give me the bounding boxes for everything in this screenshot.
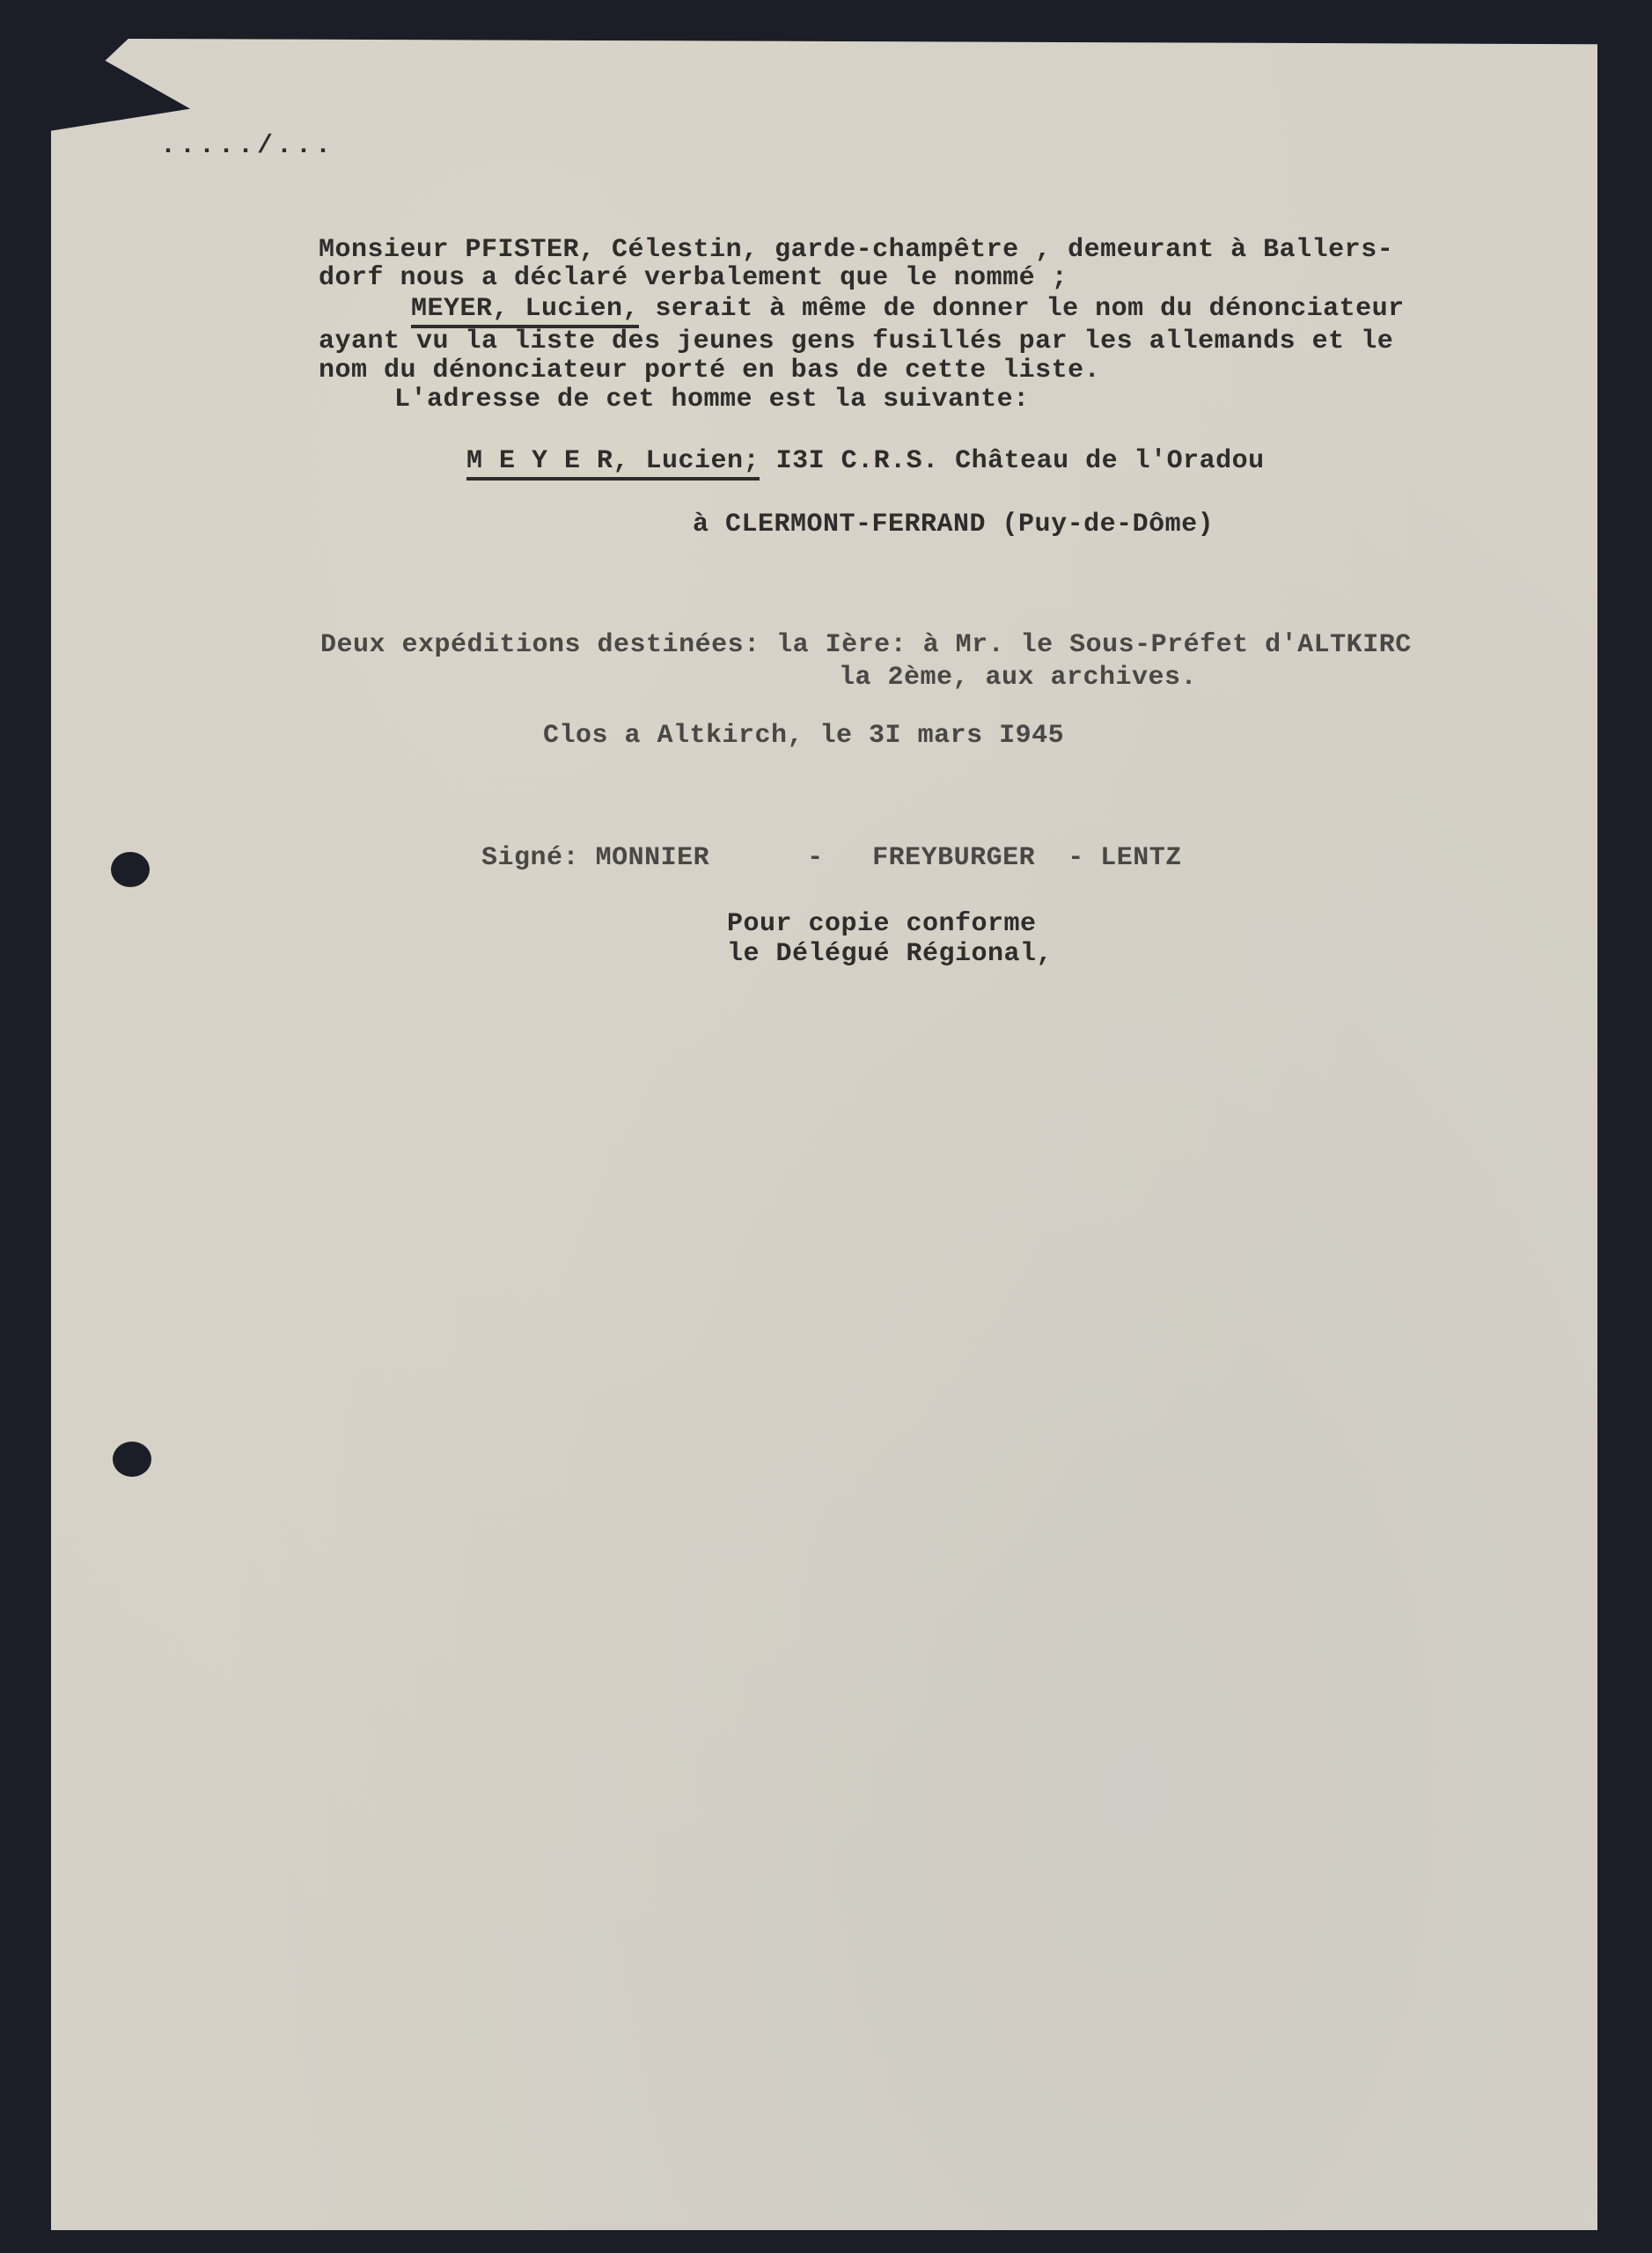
signature-lentz: LENTZ <box>1100 843 1182 873</box>
signature-monnier: MONNIER <box>596 843 710 873</box>
certification-line-2: le Délégué Régional, <box>727 940 1053 969</box>
distribution-line-1: Deux expéditions destinées: la Ière: à M… <box>320 631 1412 660</box>
address-name: M E Y E R, Lucien; <box>466 446 760 481</box>
closing-date-line: Clos a Altkirch, le 3I mars I945 <box>543 722 1064 751</box>
signature-freyburger: FREYBURGER <box>872 843 1035 873</box>
separator-2: - <box>1068 843 1084 873</box>
paragraph-line-1: Monsieur PFISTER, Célestin, garde-champê… <box>319 236 1393 265</box>
address-line-1-rest: I3I C.R.S. Château de l'Oradou <box>760 446 1265 476</box>
continuation-mark: ...../... <box>160 132 334 161</box>
paragraph-line-6: L'adresse de cet homme est la suivante: <box>394 385 1030 415</box>
signatures-line: Signé: MONNIER - FREYBURGER - LENTZ <box>449 815 1182 873</box>
address-line-2: à CLERMONT-FERRAND (Puy-de-Dôme) <box>693 510 1214 539</box>
address-line-1: M E Y E R, Lucien; I3I C.R.S. Château de… <box>466 447 1265 476</box>
underlined-name: MEYER, Lucien, <box>411 294 639 328</box>
certification-line-1: Pour copie conforme <box>727 910 1037 939</box>
paragraph-line-2: dorf nous a déclaré verbalement que le n… <box>319 264 1068 293</box>
punch-hole-top <box>111 852 150 887</box>
paragraph-line-5: nom du dénonciateur porté en bas de cett… <box>319 356 1100 385</box>
separator-1: - <box>807 843 824 873</box>
paragraph-line-3: MEYER, Lucien, serait à même de donner l… <box>411 295 1405 324</box>
distribution-line-2: la 2ème, aux archives. <box>839 664 1197 693</box>
signed-label: Signé: <box>481 843 579 873</box>
punch-hole-bottom <box>113 1442 151 1477</box>
paragraph-line-4: ayant vu la liste des jeunes gens fusill… <box>319 327 1393 356</box>
paragraph-line-3-rest: serait à même de donner le nom du dénonc… <box>639 294 1405 324</box>
